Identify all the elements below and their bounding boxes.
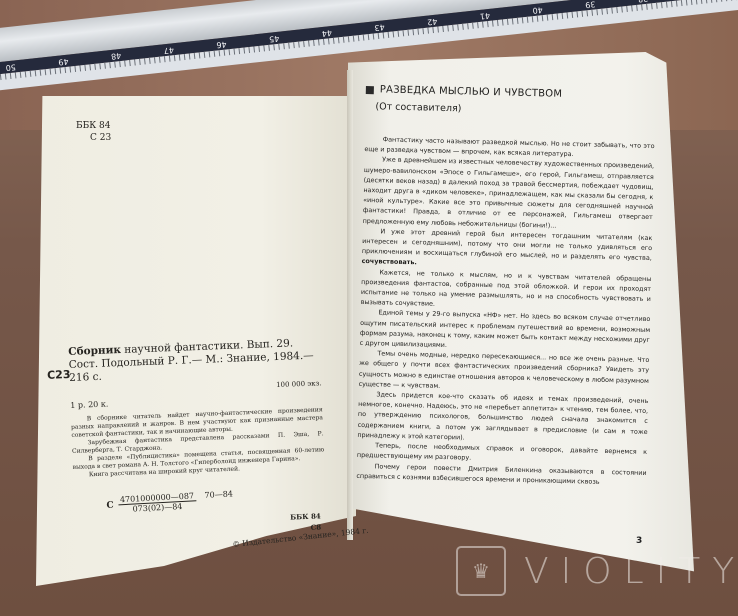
bbk-code: ББК 84 bbox=[76, 120, 111, 132]
paragraph-text: И уже этот древний герой был интересен т… bbox=[362, 227, 653, 262]
crown-icon: ♛ bbox=[456, 546, 506, 596]
code-tail: 70—84 bbox=[204, 489, 233, 499]
author-mark: С 23 bbox=[76, 132, 111, 144]
paragraph: Кажется, не только к мыслям, но и к чувс… bbox=[361, 267, 652, 315]
page-number: 3 bbox=[636, 536, 642, 546]
bibliographic-title: Сборник научной фантастики. Вып. 29. Сос… bbox=[68, 336, 321, 385]
book-gutter bbox=[347, 70, 353, 540]
bbk-index-top: ББК 84 С 23 bbox=[76, 120, 111, 144]
photo-scene: ББК 84 С 23 С23 Сборник научной фантасти… bbox=[0, 0, 738, 616]
paragraph: Единой темы у 29-го выпуска «НФ» нет. Но… bbox=[360, 307, 651, 355]
watermark-text: VIOLITY bbox=[524, 551, 738, 592]
chapter-subheading: (От составителя) bbox=[375, 101, 655, 119]
abstract: В сборнике читатель найдет научно-фантас… bbox=[71, 406, 325, 480]
preface-body: Фантастику часто называют разведкой мысл… bbox=[356, 134, 654, 488]
catalog-card: С23 Сборник научной фантастики. Вып. 29.… bbox=[68, 336, 325, 480]
paragraph: Уже в древнейшем из известных человечест… bbox=[363, 154, 655, 232]
preface-text: РАЗВЕДКА МЫСЛЬЮ И ЧУВСТВОМ (От составите… bbox=[356, 84, 656, 488]
code-symbol: С bbox=[106, 500, 114, 510]
paragraph: И уже этот древний герой был интересен т… bbox=[362, 226, 653, 274]
square-bullet-icon bbox=[366, 85, 374, 93]
watermark: ♛ VIOLITY bbox=[456, 546, 738, 596]
paragraph: Здесь придется кое-что сказать об идеях … bbox=[357, 389, 648, 447]
emphasis-text: сочувствовать. bbox=[362, 257, 417, 266]
code-fraction: 4701000000—087 073(02)—84 bbox=[118, 491, 197, 514]
paragraph: Темы очень модные, нередко пересекающиес… bbox=[359, 348, 650, 396]
catalog-code: С23 bbox=[47, 368, 71, 382]
title-bold: Сборник bbox=[68, 344, 121, 358]
